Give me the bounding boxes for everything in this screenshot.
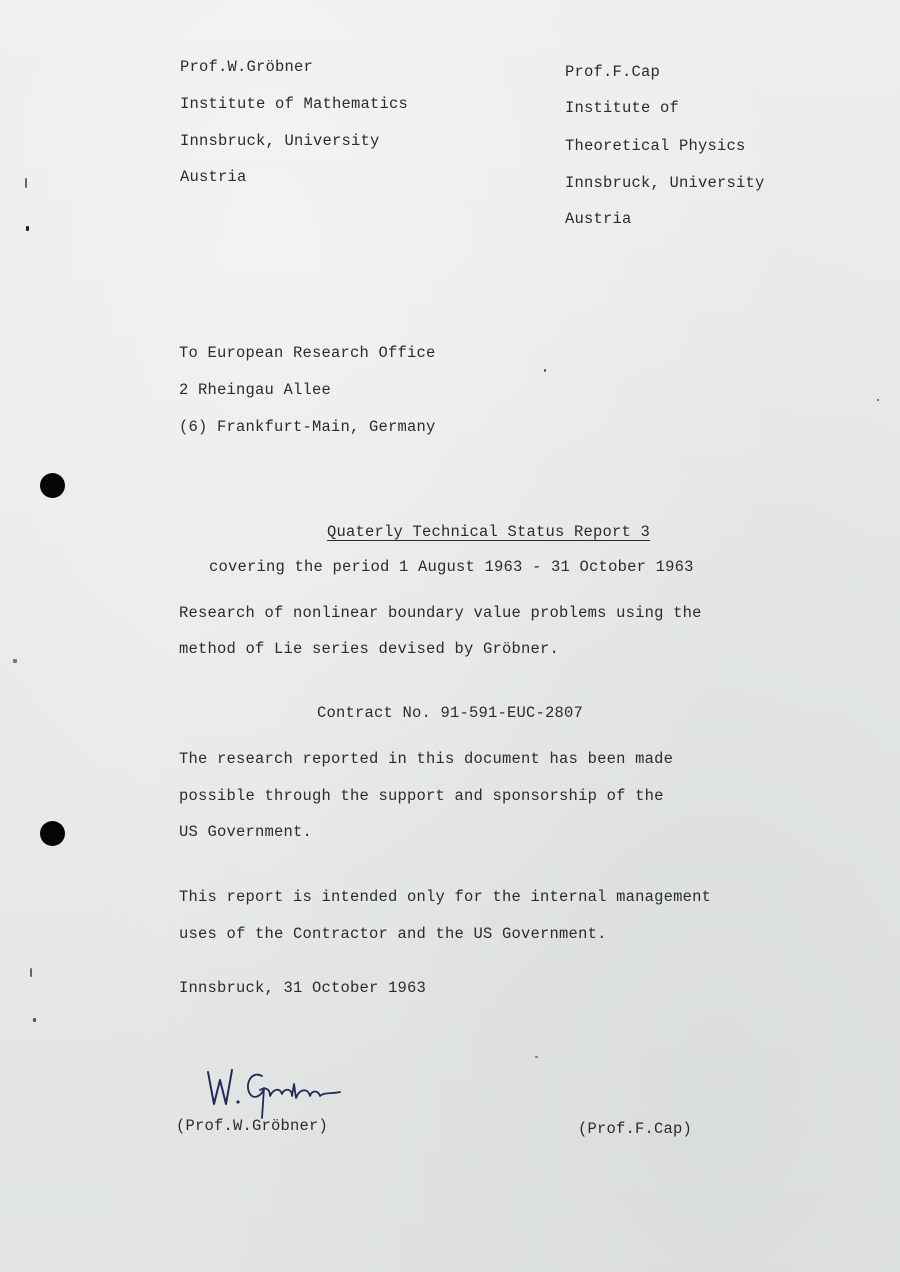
punch-hole-bottom: [40, 821, 65, 846]
intended-line-1: This report is intended only for the int…: [179, 887, 711, 907]
paper-speck-4: [535, 1056, 538, 1058]
document-page: Prof.W.Gröbner Institute of Mathematics …: [0, 0, 900, 1272]
paper-speck-3: [877, 399, 879, 401]
sender-right-institute-line2: Theoretical Physics: [565, 136, 746, 156]
support-line-1: The research reported in this document h…: [179, 749, 673, 769]
paper-speck-2: [544, 369, 546, 372]
report-title: Quaterly Technical Status Report 3: [327, 522, 650, 542]
signature-right-name: (Prof.F.Cap): [578, 1119, 692, 1139]
staple-mark-bottom-dot: [33, 1018, 36, 1022]
contract-number: Contract No. 91-591-EUC-2807: [317, 703, 583, 723]
report-period: covering the period 1 August 1963 - 31 O…: [209, 557, 694, 577]
sender-left-name: Prof.W.Gröbner: [180, 57, 313, 77]
sender-left-university: Innsbruck, University: [180, 131, 380, 151]
report-subject-line-1: Research of nonlinear boundary value pro…: [179, 603, 702, 623]
sender-right-university: Innsbruck, University: [565, 173, 765, 193]
staple-mark-bottom: [30, 968, 32, 977]
support-line-3: US Government.: [179, 822, 312, 842]
paper-speck: [13, 659, 17, 663]
recipient-line-2: 2 Rheingau Allee: [179, 380, 331, 400]
recipient-line-1: To European Research Office: [179, 343, 436, 363]
sender-right-institute-line1: Institute of: [565, 98, 679, 118]
punch-hole-top: [40, 473, 65, 498]
sender-left-country: Austria: [180, 167, 247, 187]
recipient-line-3: (6) Frankfurt-Main, Germany: [179, 417, 436, 437]
sender-right-name: Prof.F.Cap: [565, 62, 660, 82]
support-line-2: possible through the support and sponsor…: [179, 786, 664, 806]
sender-left-institute: Institute of Mathematics: [180, 94, 408, 114]
report-subject-line-2: method of Lie series devised by Gröbner.: [179, 639, 559, 659]
handwritten-signature-icon: [200, 1062, 360, 1122]
signature-left-name: (Prof.W.Gröbner): [176, 1116, 328, 1136]
intended-line-2: uses of the Contractor and the US Govern…: [179, 924, 607, 944]
sender-right-country: Austria: [565, 209, 632, 229]
staple-mark-top-dot: [26, 226, 29, 231]
staple-mark-top: [25, 178, 27, 188]
place-date: Innsbruck, 31 October 1963: [179, 978, 426, 998]
